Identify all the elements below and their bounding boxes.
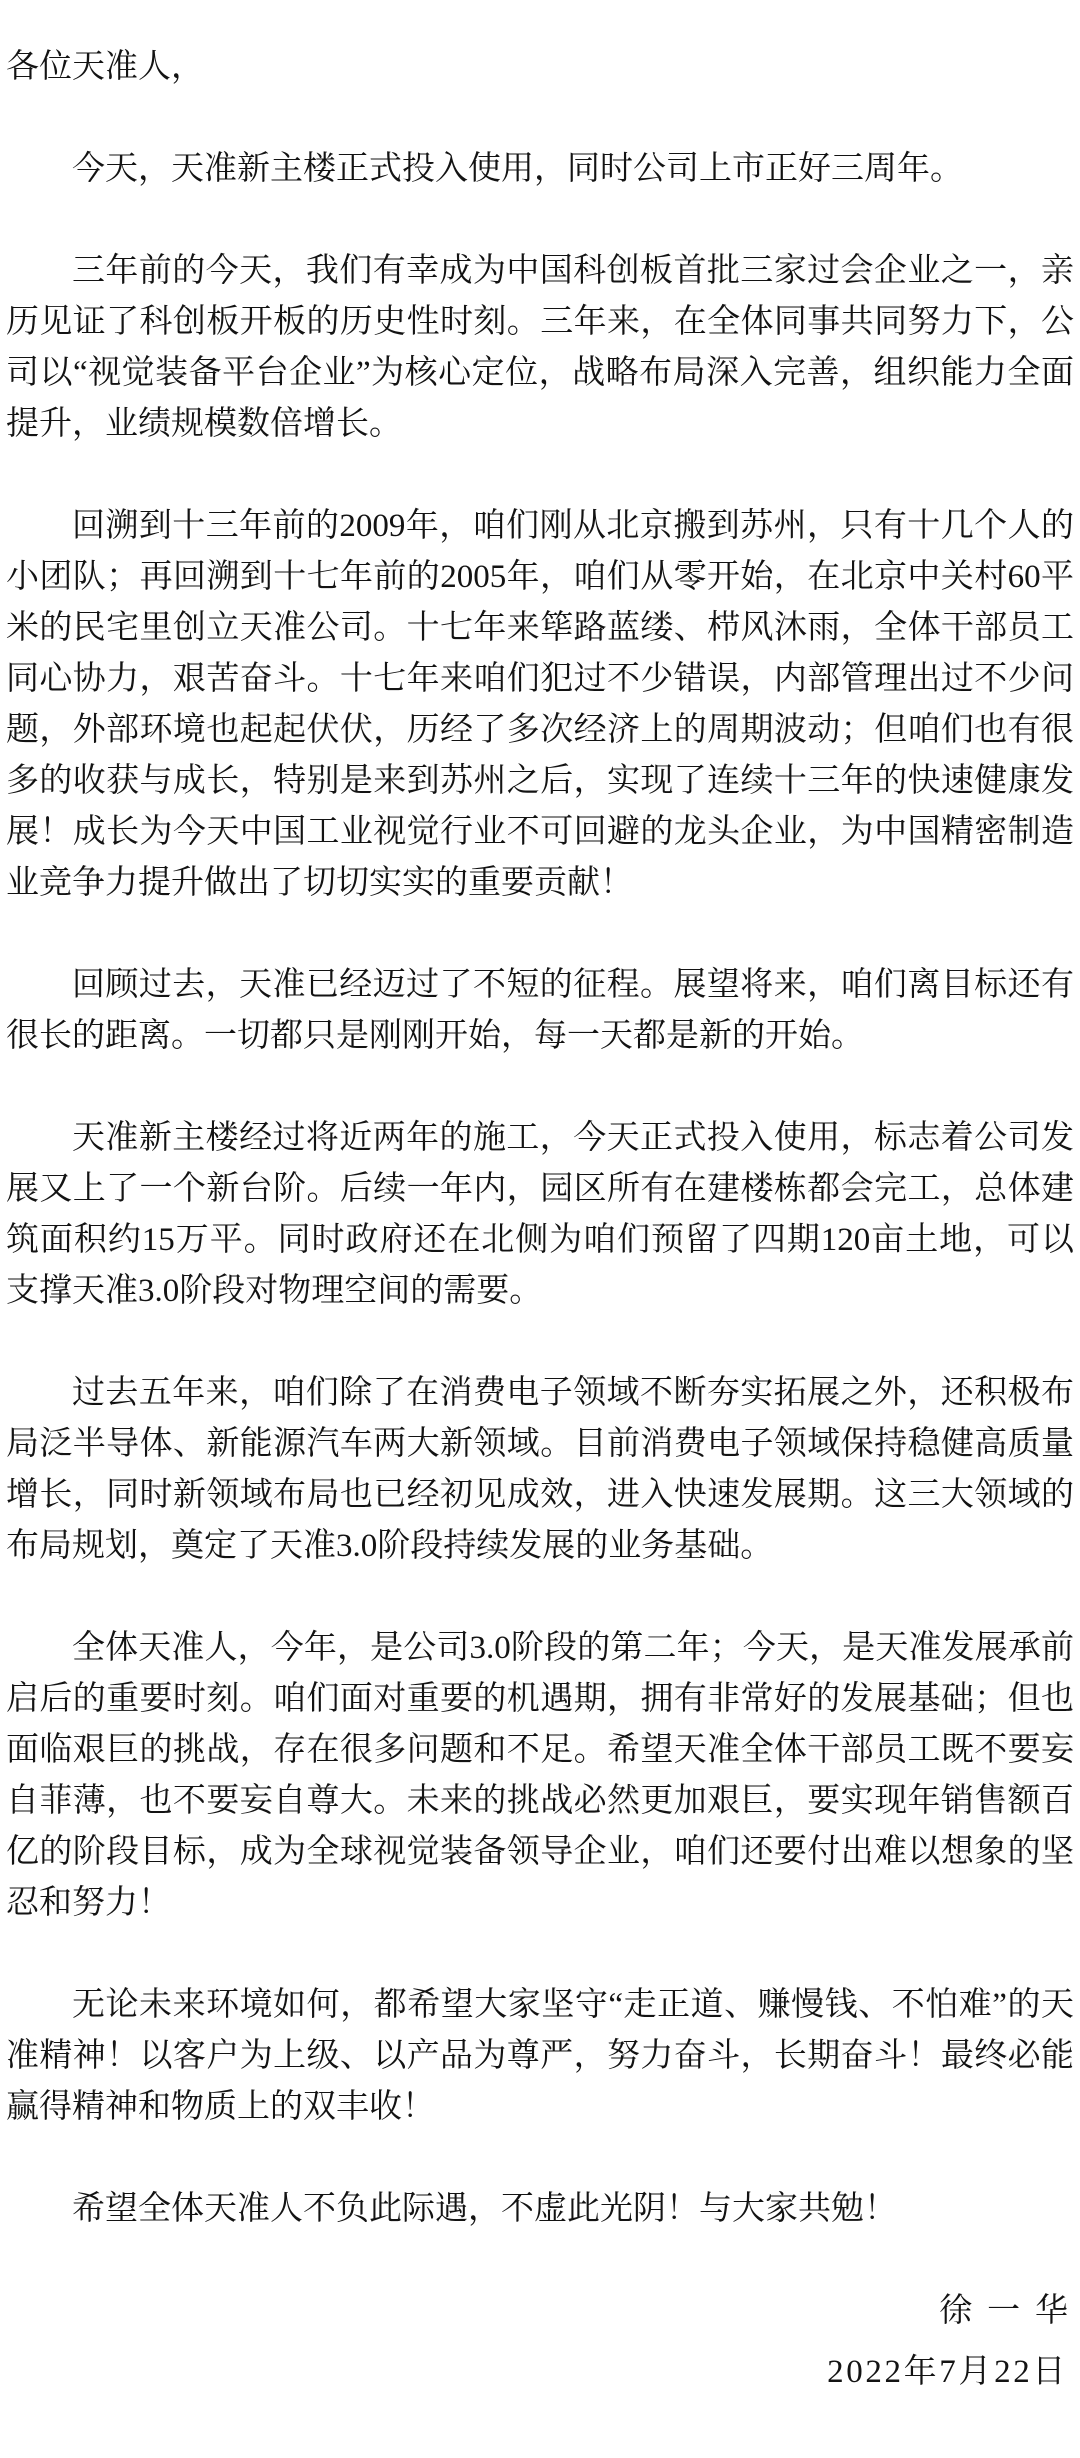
letter-paragraph-8: 无论未来环境如何，都希望大家坚守“走正道、赚慢钱、不怕难”的天准精神！以客户为上… (6, 1980, 1074, 2133)
signature-block: 徐一华 2022年7月22日 (6, 2286, 1074, 2398)
signature-name: 徐一华 (6, 2286, 1080, 2337)
letter-paragraph-1: 今天，天准新主楼正式投入使用，同时公司上市正好三周年。 (6, 144, 1074, 195)
letter-paragraph-4: 回顾过去，天准已经迈过了不短的征程。展望将来，咱们离目标还有很长的距离。一切都只… (6, 960, 1074, 1062)
letter-document: 各位天准人， 今天，天准新主楼正式投入使用，同时公司上市正好三周年。 三年前的今… (0, 0, 1080, 2458)
signature-date: 2022年7月22日 (6, 2347, 1068, 2398)
letter-paragraph-6: 过去五年来，咱们除了在消费电子领域不断夯实拓展之外，还积极布局泛半导体、新能源汽… (6, 1368, 1074, 1572)
letter-paragraph-3: 回溯到十三年前的2009年，咱们刚从北京搬到苏州，只有十几个人的小团队；再回溯到… (6, 501, 1074, 909)
letter-paragraph-5: 天准新主楼经过将近两年的施工，今天正式投入使用，标志着公司发展又上了一个新台阶。… (6, 1113, 1074, 1317)
letter-paragraph-7: 全体天准人，今年，是公司3.0阶段的第二年；今天，是天准发展承前启后的重要时刻。… (6, 1623, 1074, 1929)
letter-paragraph-9: 希望全体天准人不负此际遇，不虚此光阴！与大家共勉！ (6, 2184, 1074, 2235)
letter-paragraph-2: 三年前的今天，我们有幸成为中国科创板首批三家过会企业之一，亲历见证了科创板开板的… (6, 246, 1074, 450)
salutation: 各位天准人， (6, 42, 1074, 93)
